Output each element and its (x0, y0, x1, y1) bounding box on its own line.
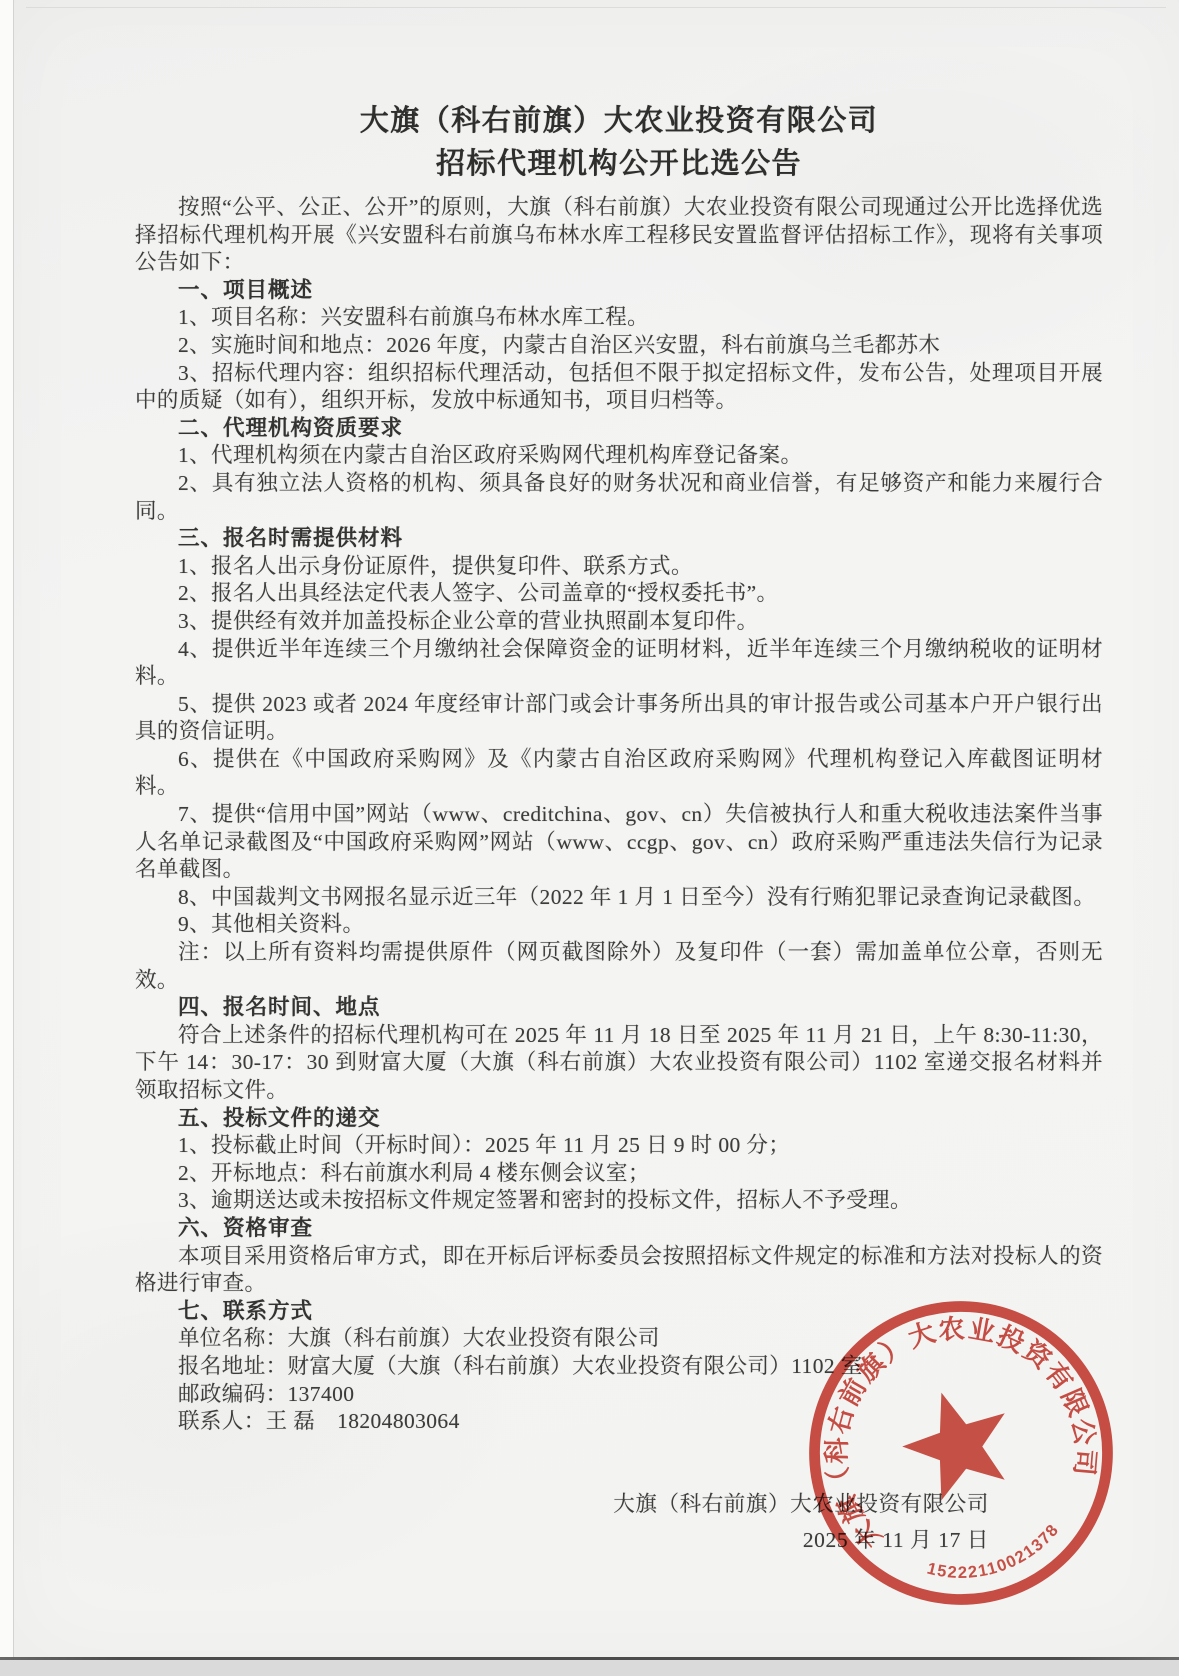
paragraph: 3、逾期送达或未按招标文件规定签署和密封的投标文件，招标人不予受理。 (135, 1187, 1103, 1215)
signature-block: 大旗（科右前旗）大农业投资有限公司 2025 年 11 月 17 日 (613, 1486, 989, 1558)
paragraph: 2、具有独立法人资格的机构、须具备良好的财务状况和商业信誉，有足够资产和能力来履… (135, 470, 1103, 525)
doc-title-block: 大旗（科右前旗）大农业投资有限公司 招标代理机构公开比选公告 (135, 100, 1103, 186)
section-1-heading: 一、项目概述 (135, 277, 1103, 305)
section-5-heading: 五、投标文件的递交 (135, 1105, 1103, 1133)
section-6-heading: 六、资格审查 (135, 1215, 1103, 1243)
section-4-heading: 四、报名时间、地点 (135, 994, 1103, 1022)
paragraph: 5、提供 2023 或者 2024 年度经审计部门或会计事务所出具的审计报告或公… (135, 691, 1103, 746)
paragraph: 9、其他相关资料。 (135, 911, 1103, 939)
paragraph: 1、项目名称：兴安盟科右前旗乌布林水库工程。 (135, 304, 1103, 332)
paragraph: 2、开标地点：科右前旗水利局 4 楼东侧会议室； (135, 1160, 1103, 1188)
paragraph: 2、报名人出具经法定代表人签字、公司盖章的“授权委托书”。 (135, 580, 1103, 608)
paragraph: 符合上述条件的招标代理机构可在 2025 年 11 月 18 日至 2025 年… (135, 1022, 1103, 1105)
intro-paragraph: 按照“公平、公正、公开”的原则，大旗（科右前旗）大农业投资有限公司现通过公开比选… (135, 194, 1103, 277)
announcement-body: 大旗（科右前旗）大农业投资有限公司 招标代理机构公开比选公告 按照“公平、公正、… (135, 100, 1103, 1436)
signature-company: 大旗（科右前旗）大农业投资有限公司 (613, 1486, 989, 1522)
contact-address-line: 报名地址：财富大厦（大旗（科右前旗）大农业投资有限公司）1102 室 (135, 1353, 1103, 1381)
paragraph: 1、投标截止时间（开标时间）：2025 年 11 月 25 日 9 时 00 分… (135, 1132, 1103, 1160)
section-7-heading: 七、联系方式 (135, 1298, 1103, 1326)
paragraph: 7、提供“信用中国”网站（www、creditchina、gov、cn）失信被执… (135, 801, 1103, 884)
doc-title-subject: 招标代理机构公开比选公告 (135, 142, 1103, 186)
paragraph: 2、实施时间和地点：2026 年度，内蒙古自治区兴安盟，科右前旗乌兰毛都苏木 (135, 332, 1103, 360)
doc-text: 按照“公平、公正、公开”的原则，大旗（科右前旗）大农业投资有限公司现通过公开比选… (135, 194, 1103, 1436)
paragraph: 3、提供经有效并加盖投标企业公章的营业执照副本复印件。 (135, 608, 1103, 636)
note-paragraph: 注：以上所有资料均需提供原件（网页截图除外）及复印件（一套）需加盖单位公章，否则… (135, 939, 1103, 994)
contact-postcode-line: 邮政编码：137400 (135, 1381, 1103, 1409)
paragraph: 4、提供近半年连续三个月缴纳社会保障资金的证明材料，近半年连续三个月缴纳税收的证… (135, 636, 1103, 691)
contact-company-line: 单位名称：大旗（科右前旗）大农业投资有限公司 (135, 1325, 1103, 1353)
contact-person-line: 联系人：王 磊 18204803064 (135, 1408, 1103, 1436)
signature-date: 2025 年 11 月 17 日 (613, 1522, 989, 1558)
doc-title-company: 大旗（科右前旗）大农业投资有限公司 (135, 100, 1103, 142)
paragraph: 1、代理机构须在内蒙古自治区政府采购网代理机构库登记备案。 (135, 442, 1103, 470)
paragraph: 本项目采用资格后审方式，即在开标后评标委员会按照招标文件规定的标准和方法对投标人… (135, 1243, 1103, 1298)
section-2-heading: 二、代理机构资质要求 (135, 415, 1103, 443)
paragraph: 1、报名人出示身份证原件，提供复印件、联系方式。 (135, 553, 1103, 581)
paragraph: 6、提供在《中国政府采购网》及《内蒙古自治区政府采购网》代理机构登记入库截图证明… (135, 746, 1103, 801)
page-top-edge (26, 7, 1166, 8)
paragraph: 8、中国裁判文书网报名显示近三年（2022 年 1 月 1 日至今）没有行贿犯罪… (135, 884, 1103, 912)
paragraph: 3、招标代理内容：组织招标代理活动，包括但不限于拟定招标文件，发布公告，处理项目… (135, 360, 1103, 415)
section-3-heading: 三、报名时需提供材料 (135, 525, 1103, 553)
page-below-strip (0, 1660, 1179, 1676)
